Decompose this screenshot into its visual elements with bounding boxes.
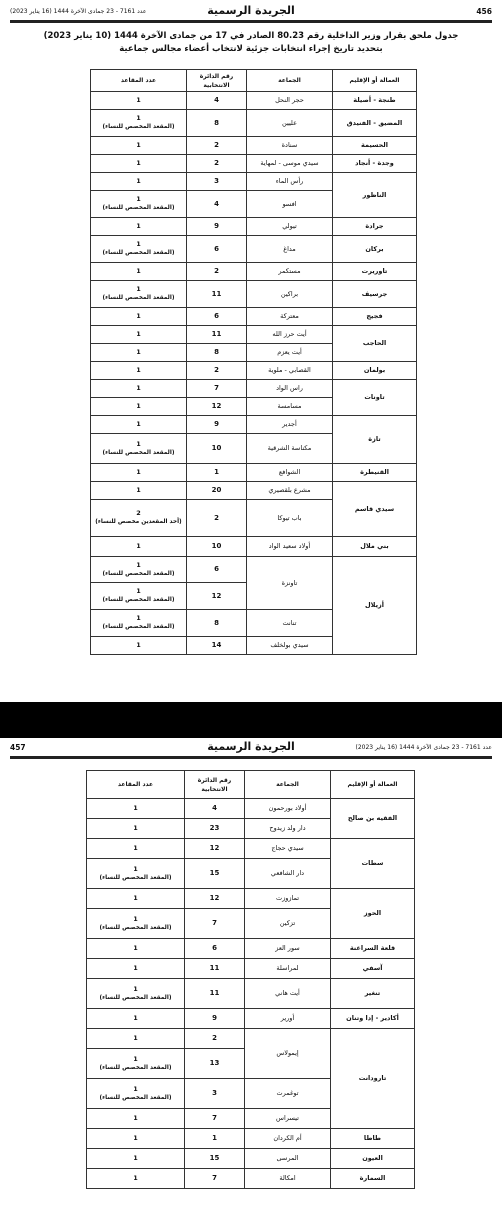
commune: أيت حرز الله bbox=[247, 326, 333, 344]
table-row: الحوز تمازوزت 12 1 bbox=[87, 889, 415, 909]
circumscription: 2 bbox=[187, 263, 247, 281]
circumscription: 3 bbox=[187, 173, 247, 191]
women-seat-note: (المقعد المخصص للنساء) bbox=[87, 1064, 184, 1073]
commune: أورير bbox=[245, 1009, 331, 1029]
page-header: 456 الجريدة الرسمية عدد 7161 - 23 جمادى … bbox=[10, 4, 492, 20]
commune: براكين bbox=[247, 281, 333, 308]
circumscription: 8 bbox=[187, 610, 247, 637]
circumscription: 12 bbox=[187, 583, 247, 610]
table-row: قلعة السراغنة سور العز 6 1 bbox=[87, 939, 415, 959]
circumscription: 10 bbox=[187, 434, 247, 464]
issue-info: عدد 7161 - 23 جمادى الآخرة 1444 (16 يناي… bbox=[10, 8, 146, 15]
seats: 1 bbox=[87, 839, 185, 859]
header-rule bbox=[10, 20, 492, 23]
circumscription: 2 bbox=[187, 362, 247, 380]
col-header-seats: عدد المقاعد bbox=[91, 70, 187, 92]
women-seat-note: (المقعد المخصص للنساء) bbox=[91, 123, 186, 132]
seats: 1 bbox=[87, 819, 185, 839]
circumscription: 4 bbox=[187, 92, 247, 110]
seats: 1(المقعد المخصص للنساء) bbox=[91, 610, 187, 637]
circumscription: 15 bbox=[185, 859, 245, 889]
table-row: المضيق - الفنيدق عليين 8 1(المقعد المخصص… bbox=[91, 110, 417, 137]
circumscription: 7 bbox=[185, 909, 245, 939]
circumscription: 23 bbox=[185, 819, 245, 839]
seats: 1 bbox=[91, 362, 187, 380]
seats: 1 bbox=[91, 326, 187, 344]
province: بركان bbox=[333, 236, 417, 263]
commune: أيت يعزم bbox=[247, 344, 333, 362]
circumscription: 2 bbox=[187, 137, 247, 155]
col-header-province: العمالة أو الإقليم bbox=[333, 70, 417, 92]
commune: تيولي bbox=[247, 218, 333, 236]
commune: راس الواد bbox=[247, 380, 333, 398]
province: القنيطرة bbox=[333, 464, 417, 482]
issue-info: عدد 7161 - 23 جمادى الآخرة 1444 (16 يناي… bbox=[356, 744, 492, 751]
seats: 1(المقعد المخصص للنساء) bbox=[87, 1049, 185, 1079]
circumscription: 4 bbox=[187, 191, 247, 218]
seats: 1(المقعد المخصص للنساء) bbox=[91, 434, 187, 464]
circumscription: 13 bbox=[185, 1049, 245, 1079]
province: سطات bbox=[331, 839, 415, 889]
seats: 1 bbox=[91, 482, 187, 500]
table-row: بني ملال أولاد سعيد الواد 10 1 bbox=[91, 537, 417, 557]
women-seat-note: (المقعد المخصص للنساء) bbox=[87, 874, 184, 883]
table-row: سيدي قاسم مشرع بلقصيري 20 1 bbox=[91, 482, 417, 500]
seats: 1 bbox=[87, 1009, 185, 1029]
commune: مشرع بلقصيري bbox=[247, 482, 333, 500]
commune: مسامسة bbox=[247, 398, 333, 416]
document-title-line1: جدول ملحق بقرار وزير الداخلية رقم 80.23 … bbox=[20, 30, 482, 43]
elections-table-page2: العمالة أو الإقليم الجماعة رقم الدائرة ا… bbox=[86, 770, 415, 1189]
seats: 1 bbox=[91, 92, 187, 110]
seats: 1 bbox=[87, 1029, 185, 1049]
document-title-line2: بتحديد تاريخ إجراء انتخابات جزئية لانتخا… bbox=[20, 43, 482, 56]
col-header-commune: الجماعة bbox=[245, 771, 331, 799]
province: بني ملال bbox=[333, 537, 417, 557]
table-row: تاونات راس الواد 7 1 bbox=[91, 380, 417, 398]
page-separator bbox=[0, 702, 502, 738]
commune: مكناسة الشرقية bbox=[247, 434, 333, 464]
commune: امكالة bbox=[245, 1169, 331, 1189]
circumscription: 20 bbox=[187, 482, 247, 500]
table-row: أكادير - إدا وتنان أورير 9 1 bbox=[87, 1009, 415, 1029]
commune: توغمرت bbox=[245, 1079, 331, 1109]
seats: 1 bbox=[91, 308, 187, 326]
seats: 1 bbox=[87, 959, 185, 979]
seats: 1 bbox=[91, 155, 187, 173]
circumscription: 11 bbox=[185, 979, 245, 1009]
commune: تيسراس bbox=[245, 1109, 331, 1129]
commune: عليين bbox=[247, 110, 333, 137]
seats: 2(أحد المقعدين مخصص للنساء) bbox=[91, 500, 187, 537]
col-header-circumscription: رقم الدائرة الانتخابية bbox=[185, 771, 245, 799]
seats: 1 bbox=[91, 137, 187, 155]
commune: معتركة bbox=[247, 308, 333, 326]
seats: 1 bbox=[87, 799, 185, 819]
circumscription: 1 bbox=[185, 1129, 245, 1149]
commune: سنادة bbox=[247, 137, 333, 155]
circumscription: 9 bbox=[187, 218, 247, 236]
seats: 1 bbox=[87, 889, 185, 909]
elections-table-page1: العمالة أو الإقليم الجماعة رقم الدائرة ا… bbox=[90, 69, 417, 655]
province: أزيلال bbox=[333, 557, 417, 655]
table-row: بولمان القصابي - ملوية 2 1 bbox=[91, 362, 417, 380]
commune: سيدي موسى - لمهاية bbox=[247, 155, 333, 173]
commune: سيدي حجاج bbox=[245, 839, 331, 859]
seats: 1 bbox=[91, 173, 187, 191]
circumscription: 14 bbox=[187, 637, 247, 655]
commune: سور العز bbox=[245, 939, 331, 959]
seats: 1 bbox=[87, 939, 185, 959]
commune: أيت هاني bbox=[245, 979, 331, 1009]
table-row: سطات سيدي حجاج 12 1 bbox=[87, 839, 415, 859]
province: أكادير - إدا وتنان bbox=[331, 1009, 415, 1029]
table-row: طاطا أم الكردان 1 1 bbox=[87, 1129, 415, 1149]
seats: 1(المقعد المخصص للنساء) bbox=[91, 281, 187, 308]
commune: دار ولد زيدوح bbox=[245, 819, 331, 839]
commune: مستكمر bbox=[247, 263, 333, 281]
women-seat-note: (المقعد المخصص للنساء) bbox=[91, 294, 186, 303]
province: الحاجب bbox=[333, 326, 417, 362]
seats: 1 bbox=[91, 380, 187, 398]
circumscription: 10 bbox=[187, 537, 247, 557]
circumscription: 7 bbox=[185, 1109, 245, 1129]
seats: 1 bbox=[91, 218, 187, 236]
women-seat-note: (المقعد المخصص للنساء) bbox=[87, 994, 184, 1003]
table-row: الحاجب أيت حرز الله 11 1 bbox=[91, 326, 417, 344]
circumscription: 1 bbox=[187, 464, 247, 482]
women-seat-note: (المقعد المخصص للنساء) bbox=[91, 596, 186, 605]
commune: افسو bbox=[247, 191, 333, 218]
table-row: الناظور رأس الماء 3 1 bbox=[91, 173, 417, 191]
women-seat-note: (المقعد المخصص للنساء) bbox=[91, 570, 186, 579]
province: طنجة - أصيلة bbox=[333, 92, 417, 110]
province: بولمان bbox=[333, 362, 417, 380]
table-row: جرسيف براكين 11 1(المقعد المخصص للنساء) bbox=[91, 281, 417, 308]
table-row: فجيج معتركة 6 1 bbox=[91, 308, 417, 326]
province: سيدي قاسم bbox=[333, 482, 417, 537]
circumscription: 11 bbox=[187, 281, 247, 308]
seats: 1(المقعد المخصص للنساء) bbox=[87, 1079, 185, 1109]
circumscription: 2 bbox=[187, 500, 247, 537]
province: الحسيمة bbox=[333, 137, 417, 155]
commune: القصابي - ملوية bbox=[247, 362, 333, 380]
province: المضيق - الفنيدق bbox=[333, 110, 417, 137]
commune: أجدير bbox=[247, 416, 333, 434]
table-row: طنجة - أصيلة حجر النحل 4 1 bbox=[91, 92, 417, 110]
table-row: السمارة امكالة 7 1 bbox=[87, 1169, 415, 1189]
table-row: العيون المرسى 15 1 bbox=[87, 1149, 415, 1169]
seats: 1 bbox=[87, 1129, 185, 1149]
seats: 1(المقعد المخصص للنساء) bbox=[91, 557, 187, 583]
seats: 1 bbox=[87, 1169, 185, 1189]
province: العيون bbox=[331, 1149, 415, 1169]
seats: 1(المقعد المخصص للنساء) bbox=[91, 191, 187, 218]
province: طاطا bbox=[331, 1129, 415, 1149]
table-row: جرادة تيولي 9 1 bbox=[91, 218, 417, 236]
circumscription: 9 bbox=[187, 416, 247, 434]
seats: 1(المقعد المخصص للنساء) bbox=[87, 979, 185, 1009]
province: تاوريرت bbox=[333, 263, 417, 281]
table-row: وجدة - أنجاد سيدي موسى - لمهاية 2 1 bbox=[91, 155, 417, 173]
circumscription: 6 bbox=[187, 557, 247, 583]
page-457: 457 الجريدة الرسمية عدد 7161 - 23 جمادى … bbox=[0, 738, 502, 1216]
table-row: تارودانت إيمولاس 2 1 bbox=[87, 1029, 415, 1049]
col-header-commune: الجماعة bbox=[247, 70, 333, 92]
circumscription: 8 bbox=[187, 110, 247, 137]
circumscription: 2 bbox=[185, 1029, 245, 1049]
table-row: تازة أجدير 9 1 bbox=[91, 416, 417, 434]
commune: تزكين bbox=[245, 909, 331, 939]
table-header-row: العمالة أو الإقليم الجماعة رقم الدائرة ا… bbox=[91, 70, 417, 92]
circumscription: 12 bbox=[185, 889, 245, 909]
province: جرادة bbox=[333, 218, 417, 236]
circumscription: 12 bbox=[185, 839, 245, 859]
commune: حجر النحل bbox=[247, 92, 333, 110]
commune: إيمولاس bbox=[245, 1029, 331, 1079]
commune: تنانت bbox=[247, 610, 333, 637]
province: السمارة bbox=[331, 1169, 415, 1189]
province: آسفي bbox=[331, 959, 415, 979]
province: الفقيه بن صالح bbox=[331, 799, 415, 839]
commune: مداغ bbox=[247, 236, 333, 263]
table-row: الفقيه بن صالح أولاد بورحمون 4 1 bbox=[87, 799, 415, 819]
province: وجدة - أنجاد bbox=[333, 155, 417, 173]
commune: الشوافع bbox=[247, 464, 333, 482]
commune: أولاد سعيد الواد bbox=[247, 537, 333, 557]
seats: 1(المقعد المخصص للنساء) bbox=[91, 110, 187, 137]
header-rule bbox=[10, 756, 492, 759]
table-header-row: العمالة أو الإقليم الجماعة رقم الدائرة ا… bbox=[87, 771, 415, 799]
province: جرسيف bbox=[333, 281, 417, 308]
circumscription: 11 bbox=[185, 959, 245, 979]
seats: 1 bbox=[91, 263, 187, 281]
province: قلعة السراغنة bbox=[331, 939, 415, 959]
seats: 1 bbox=[91, 398, 187, 416]
province: الناظور bbox=[333, 173, 417, 218]
document-title: جدول ملحق بقرار وزير الداخلية رقم 80.23 … bbox=[20, 30, 482, 56]
seats: 1 bbox=[91, 344, 187, 362]
province: تنغير bbox=[331, 979, 415, 1009]
table-row: أزيلال تاونزة 6 1(المقعد المخصص للنساء) bbox=[91, 557, 417, 583]
circumscription: 7 bbox=[187, 380, 247, 398]
seats: 1(المقعد المخصص للنساء) bbox=[91, 236, 187, 263]
women-seat-note: (المقعد المخصص للنساء) bbox=[91, 449, 186, 458]
circumscription: 15 bbox=[185, 1149, 245, 1169]
table-row: تاوريرت مستكمر 2 1 bbox=[91, 263, 417, 281]
circumscription: 2 bbox=[187, 155, 247, 173]
seats: 1 bbox=[91, 637, 187, 655]
circumscription: 6 bbox=[185, 939, 245, 959]
seats: 1 bbox=[91, 464, 187, 482]
commune: سيدي بولخلف bbox=[247, 637, 333, 655]
commune: المرسى bbox=[245, 1149, 331, 1169]
women-seat-note: (المقعد المخصص للنساء) bbox=[91, 249, 186, 258]
circumscription: 11 bbox=[187, 326, 247, 344]
women-seat-note: (أحد المقعدين مخصص للنساء) bbox=[91, 518, 186, 527]
table-row: بركان مداغ 6 1(المقعد المخصص للنساء) bbox=[91, 236, 417, 263]
circumscription: 12 bbox=[187, 398, 247, 416]
commune: تمازوزت bbox=[245, 889, 331, 909]
table-row: تنغير أيت هاني 11 1(المقعد المخصص للنساء… bbox=[87, 979, 415, 1009]
women-seat-note: (المقعد المخصص للنساء) bbox=[87, 924, 184, 933]
commune: باب تيوكا bbox=[247, 500, 333, 537]
women-seat-note: (المقعد المخصص للنساء) bbox=[91, 623, 186, 632]
seats: 1(المقعد المخصص للنساء) bbox=[87, 909, 185, 939]
commune: أم الكردان bbox=[245, 1129, 331, 1149]
table-row: آسفي لمراسلة 11 1 bbox=[87, 959, 415, 979]
province: فجيج bbox=[333, 308, 417, 326]
seats: 1 bbox=[87, 1149, 185, 1169]
commune: تاونزة bbox=[247, 557, 333, 610]
seats: 1(المقعد المخصص للنساء) bbox=[87, 859, 185, 889]
seats: 1 bbox=[91, 416, 187, 434]
circumscription: 6 bbox=[187, 308, 247, 326]
table-row: القنيطرة الشوافع 1 1 bbox=[91, 464, 417, 482]
province: الحوز bbox=[331, 889, 415, 939]
women-seat-note: (المقعد المخصص للنساء) bbox=[87, 1094, 184, 1103]
commune: لمراسلة bbox=[245, 959, 331, 979]
circumscription: 9 bbox=[185, 1009, 245, 1029]
province: تازة bbox=[333, 416, 417, 464]
commune: رأس الماء bbox=[247, 173, 333, 191]
col-header-province: العمالة أو الإقليم bbox=[331, 771, 415, 799]
circumscription: 7 bbox=[185, 1169, 245, 1189]
col-header-circumscription: رقم الدائرة الانتخابية bbox=[187, 70, 247, 92]
table-row: الحسيمة سنادة 2 1 bbox=[91, 137, 417, 155]
seats: 1 bbox=[91, 537, 187, 557]
page-456: 456 الجريدة الرسمية عدد 7161 - 23 جمادى … bbox=[0, 0, 502, 702]
province: تارودانت bbox=[331, 1029, 415, 1129]
col-header-seats: عدد المقاعد bbox=[87, 771, 185, 799]
commune: أولاد بورحمون bbox=[245, 799, 331, 819]
seats: 1(المقعد المخصص للنساء) bbox=[91, 583, 187, 610]
province: تاونات bbox=[333, 380, 417, 416]
circumscription: 3 bbox=[185, 1079, 245, 1109]
circumscription: 6 bbox=[187, 236, 247, 263]
page-header: 457 الجريدة الرسمية عدد 7161 - 23 جمادى … bbox=[10, 740, 492, 756]
circumscription: 8 bbox=[187, 344, 247, 362]
commune: دار الشافعي bbox=[245, 859, 331, 889]
seats: 1 bbox=[87, 1109, 185, 1129]
circumscription: 4 bbox=[185, 799, 245, 819]
women-seat-note: (المقعد المخصص للنساء) bbox=[91, 204, 186, 213]
